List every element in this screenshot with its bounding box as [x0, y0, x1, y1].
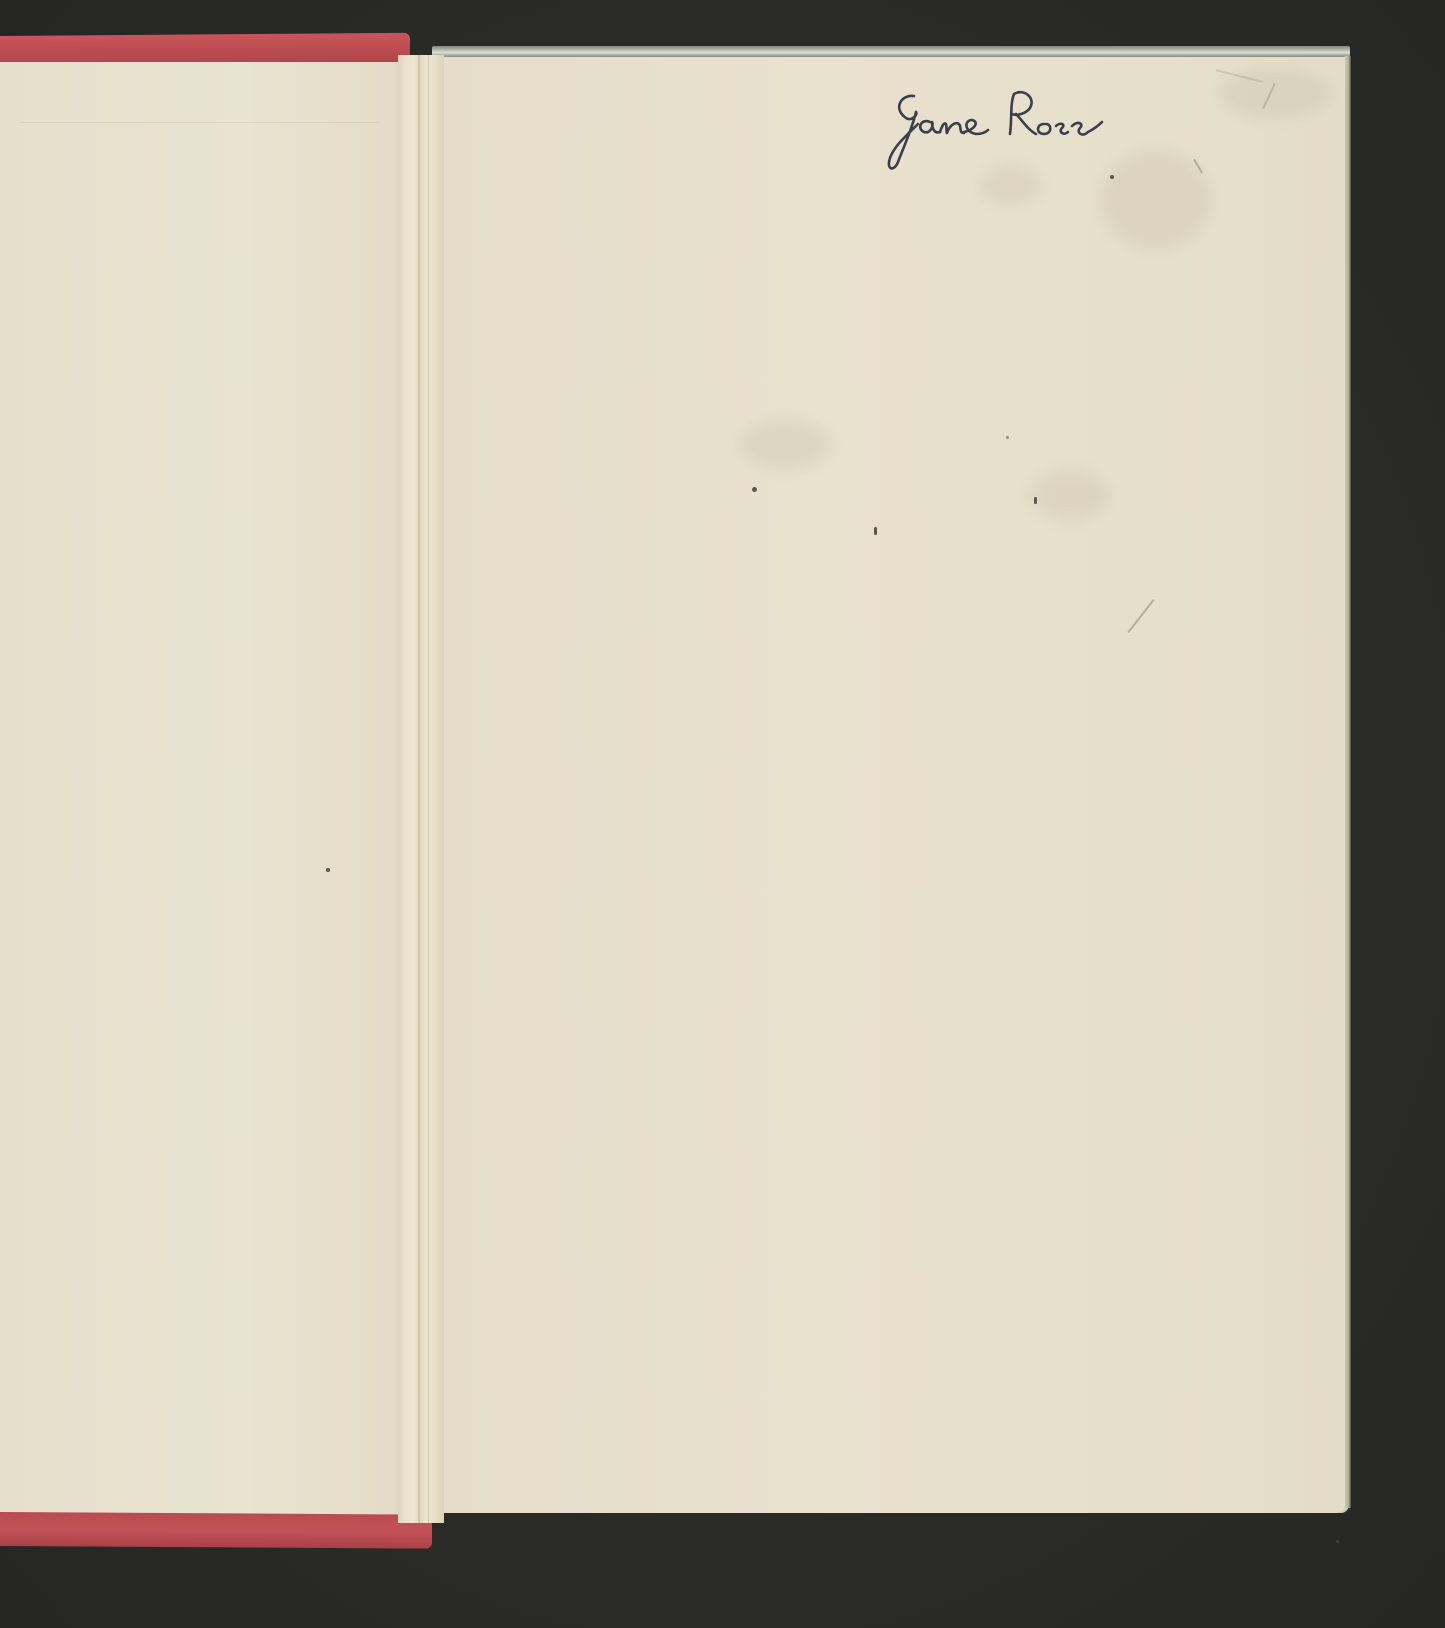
paper-speck	[752, 487, 757, 492]
left-endpaper	[0, 62, 410, 1522]
book-gutter	[398, 55, 444, 1523]
foxing-smudge	[1030, 470, 1110, 520]
paper-speck	[1006, 436, 1009, 439]
gutter-fold	[418, 55, 420, 1523]
red-cover-edge-bottom	[0, 1512, 432, 1549]
right-endpaper	[440, 57, 1345, 1513]
gutter-fold-secondary	[428, 55, 429, 1523]
paper-speck	[874, 527, 877, 535]
endpaper-crease	[20, 122, 380, 123]
paper-speck	[326, 868, 330, 872]
foxing-smudge	[740, 420, 830, 470]
signature-ink	[884, 84, 1114, 179]
foxing-smudge	[1100, 150, 1210, 250]
ownership-signature: Jane Ross	[884, 84, 1114, 179]
paper-speck	[1336, 1540, 1339, 1543]
page-fore-edge	[1345, 56, 1351, 1508]
paper-speck	[1034, 497, 1037, 504]
